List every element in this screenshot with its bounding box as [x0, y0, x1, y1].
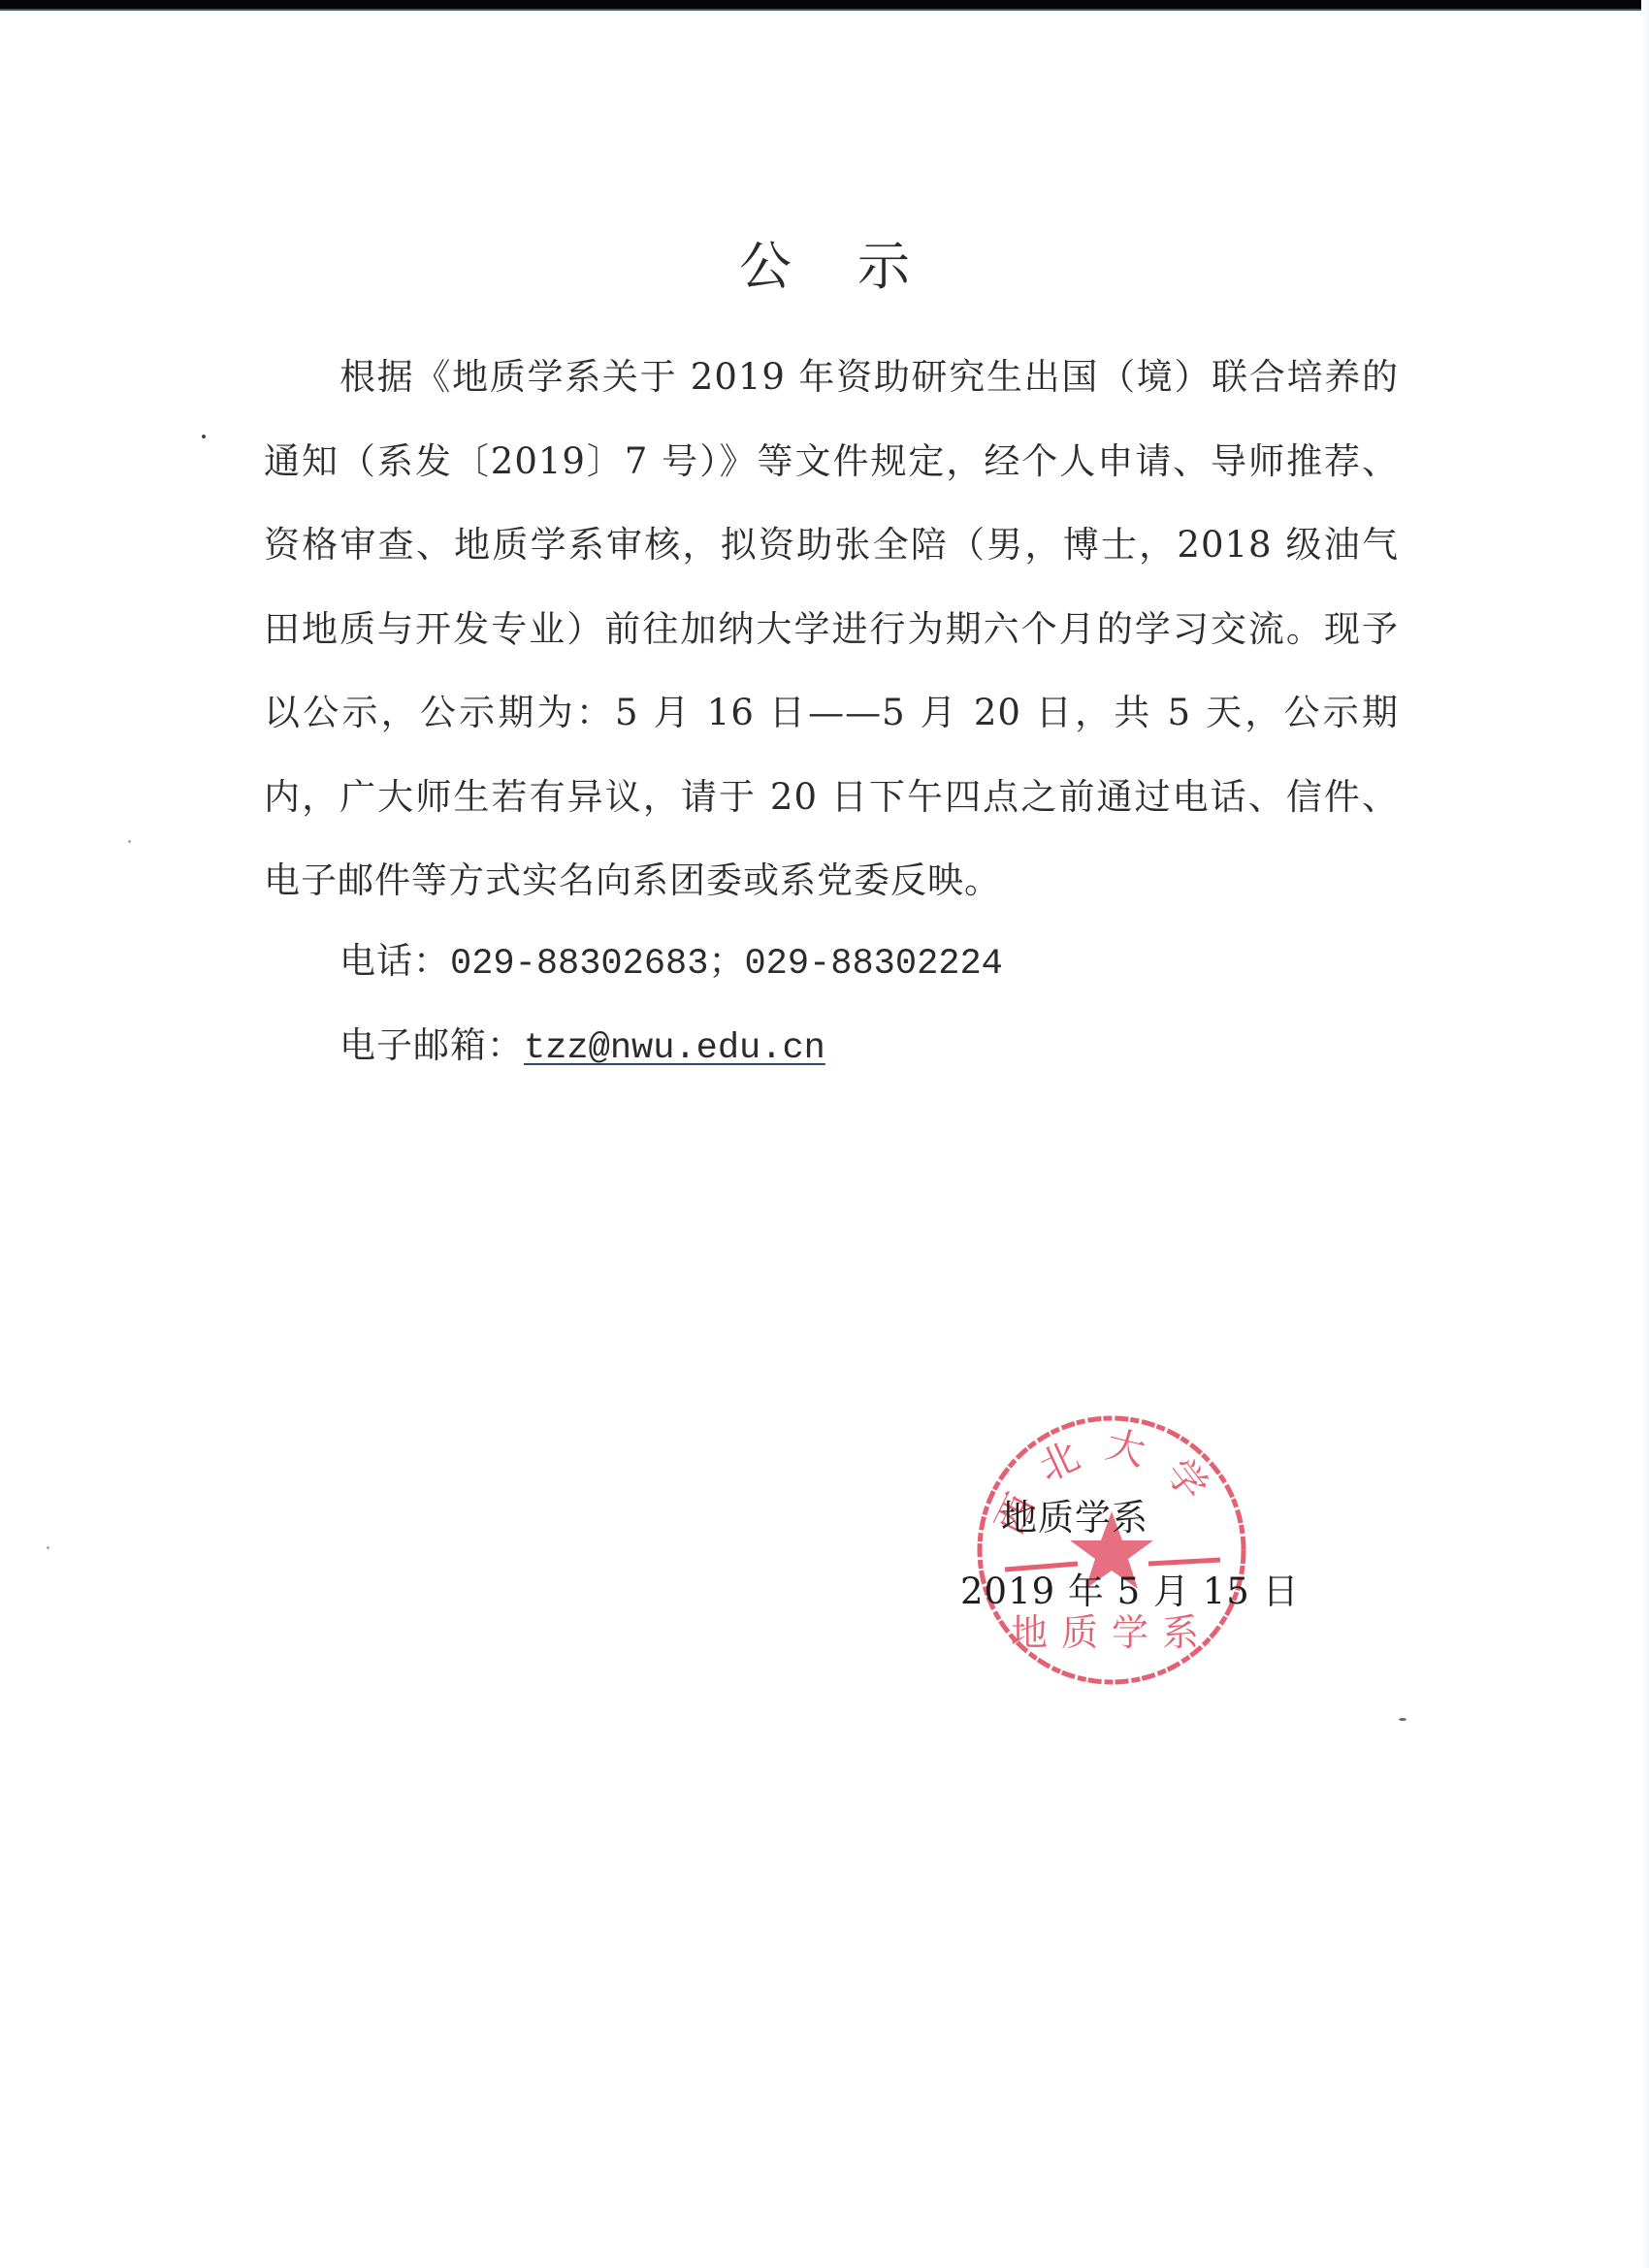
- scan-speck: [1399, 1718, 1406, 1721]
- scan-speck: [202, 435, 206, 438]
- signature-department: 地质学系: [1001, 1488, 1148, 1540]
- official-seal-icon: 西北大学 地质学系: [966, 1405, 1257, 1696]
- phone-label: 电话：: [339, 940, 450, 982]
- seal-bottom-text: 地质学系: [1011, 1611, 1212, 1654]
- email-label: 电子邮箱：: [339, 1024, 524, 1066]
- phone-value: 029-88302683；029-88302224: [450, 944, 1003, 985]
- notice-body-paragraph: 根据《地质学系关于 2019 年资助研究生出国（境）联合培养的通知（系发〔201…: [264, 336, 1399, 923]
- scan-speck: [128, 840, 131, 843]
- contact-email: 电子邮箱：tzz@nwu.edu.cn: [339, 1016, 825, 1069]
- email-link[interactable]: tzz@nwu.edu.cn: [524, 1028, 825, 1069]
- signature-date: 2019 年 5 月 15 日: [960, 1562, 1300, 1614]
- scan-speck: [47, 1546, 49, 1549]
- page-title: 公示: [0, 225, 1649, 300]
- notice-page: 公示 根据《地质学系关于 2019 年资助研究生出国（境）联合培养的通知（系发〔…: [0, 0, 1649, 2268]
- contact-phone: 电话：029-88302683；029-88302224: [339, 931, 1003, 985]
